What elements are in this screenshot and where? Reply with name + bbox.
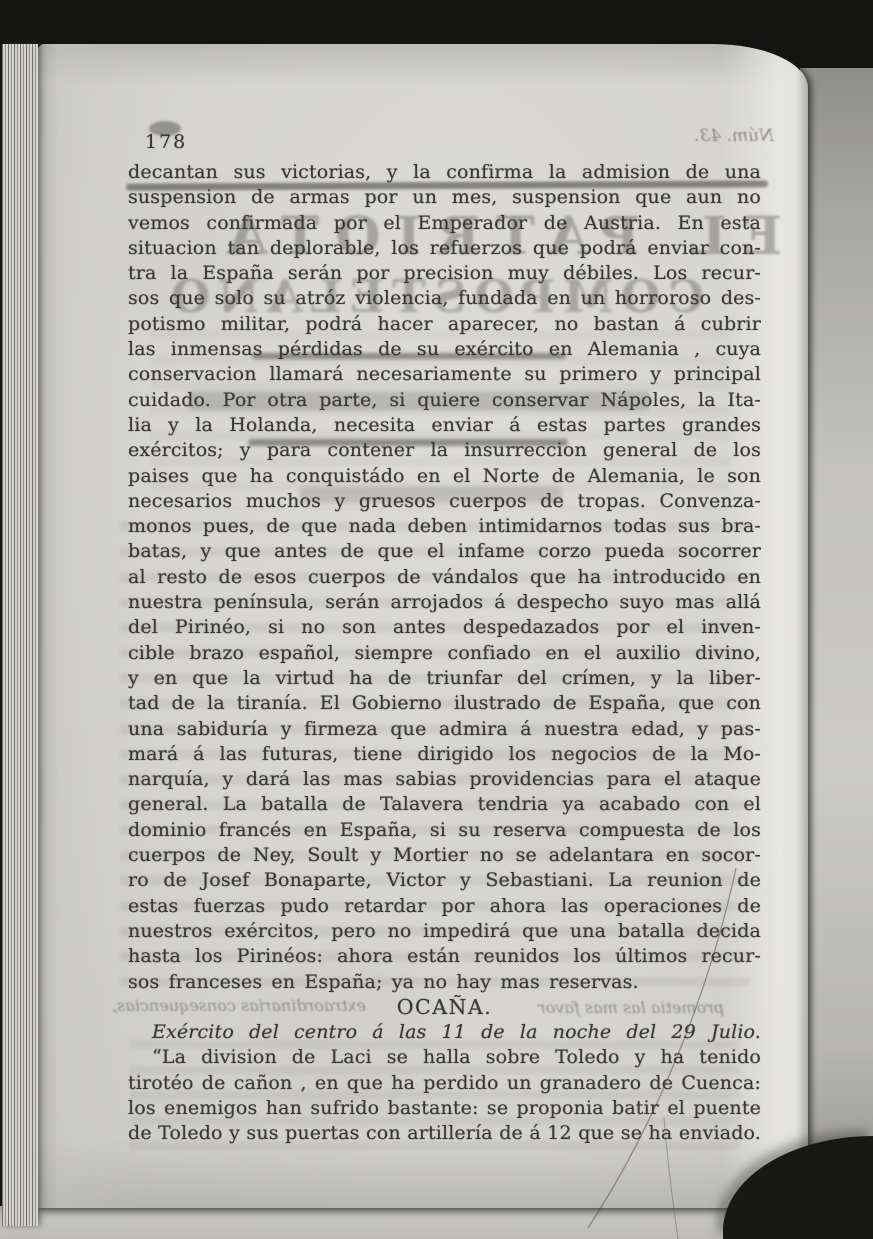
body-line: vemos confirmada por el Emperador de Aus… [128, 211, 761, 236]
body-line: dominio francés en España, si su reserva… [128, 818, 761, 843]
body-line: cible brazo español, siempre confiado en… [128, 641, 761, 666]
book-gutter-page-edges [2, 44, 38, 1226]
body-line: sos que solo su atróz violencia, fundada… [128, 286, 761, 311]
body-line: las inmensas pérdidas de su exército en … [128, 337, 761, 362]
body-line: batas, y que antes de que el infame corz… [128, 539, 761, 564]
body-line: y en que la virtud ha de triunfar del cr… [128, 666, 761, 691]
body-line: suspension de armas por un mes, suspensi… [128, 185, 761, 210]
body-line: monos pues, de que nada deben intimidarn… [128, 514, 761, 539]
body-line: del Pirinéo, si no son antes despedazado… [128, 615, 761, 640]
body-line: lia y la Holanda, necesita enviar á esta… [128, 413, 761, 438]
body-line: decantan sus victorias, y la confirma la… [128, 160, 761, 185]
body-line: cuerpos de Ney, Soult y Mortier no se ad… [128, 843, 761, 868]
body-line: situacion tan deplorable, los refuerzos … [128, 236, 761, 261]
body-line: narquía, y dará las mas sabias providenc… [128, 767, 761, 792]
body-line: estas fuerzas pudo retardar por ahora la… [128, 894, 761, 919]
body-line: al resto de esos cuerpos de vándalos que… [128, 565, 761, 590]
body-line: mará á las futuras, tiene dirigido los n… [128, 742, 761, 767]
body-line: general. La batalla de Talavera tendria … [128, 792, 761, 817]
body-line: paises que ha conquistádo en el Norte de… [128, 464, 761, 489]
section-heading: OCAÑA. [128, 995, 761, 1020]
body-line: ro de Josef Bonaparte, Victor y Sebastia… [128, 868, 761, 893]
body-line: una sabiduría y firmeza que admira á nue… [128, 717, 761, 742]
quote-lines: “La division de Laci se halla sobre Tole… [128, 1045, 761, 1146]
book-photo: Núm. 43. EL PATRIOTA COMPOSTELANO extrao… [0, 0, 873, 1239]
body-line: exércitos; y para contener la insurrecci… [128, 438, 761, 463]
quote-line: “La division de Laci se halla sobre Tole… [128, 1045, 761, 1070]
facing-page-surface [800, 68, 873, 1239]
quote-line: los enemigos han sufrido bastante: se pr… [128, 1096, 761, 1121]
body-line: potismo militar, podrá hacer aparecer, n… [128, 312, 761, 337]
body-line: necesarios muchos y gruesos cuerpos de t… [128, 489, 761, 514]
body-lines: decantan sus victorias, y la confirma la… [128, 160, 761, 995]
body-line: hasta los Pirinéos: ahora están reunidos… [128, 944, 761, 969]
quote-line: tirotéo de cañon , en que ha perdido un … [128, 1071, 761, 1096]
body-line: sos franceses en España; ya no hay mas r… [128, 970, 761, 995]
text-block: decantan sus victorias, y la confirma la… [128, 160, 761, 1147]
dispatch-dateline: Exército del centro á las 11 de la noche… [128, 1020, 761, 1045]
body-line: tra la España serán por precision muy dé… [128, 261, 761, 286]
quote-line: de Toledo y sus puertas con artillería d… [128, 1121, 761, 1146]
body-line: cuidado. Por otra parte, si quiere conse… [128, 388, 761, 413]
body-line: nuestra península, serán arrojados á des… [128, 590, 761, 615]
page-number: 178 [145, 131, 187, 153]
body-line: conservacion llamará necesariamente su p… [128, 362, 761, 387]
body-line: nuestros exércitos, pero no impedirá que… [128, 919, 761, 944]
body-line: tad de la tiranía. El Gobierno ilustrado… [128, 691, 761, 716]
